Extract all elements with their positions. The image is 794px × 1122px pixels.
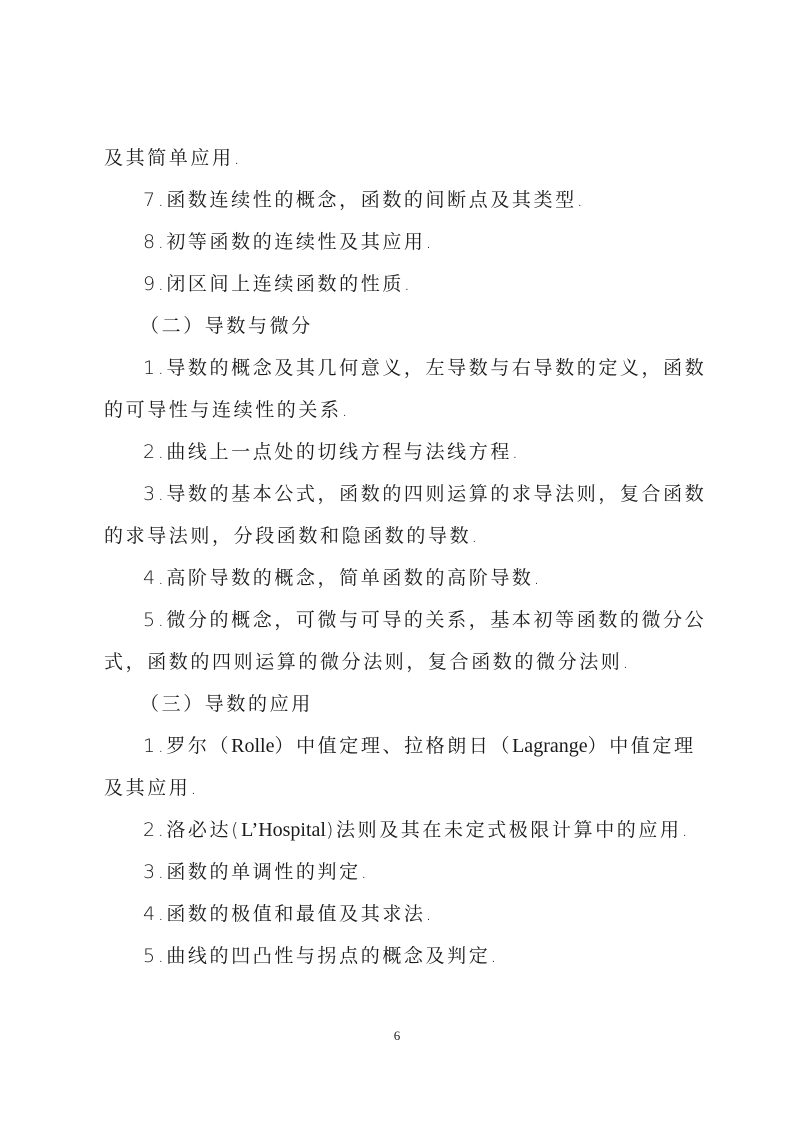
latin-term-rolle: Rolle (231, 735, 274, 757)
list-item-4-extrema: 4.函数的极值和最值及其求法. (143, 902, 743, 926)
list-item-5-continuation: 式，函数的四则运算的微分法则，复合函数的微分法则. (104, 650, 704, 674)
list-item-1-derivative-concept: 1.导数的概念及其几何意义，左导数与右导数的定义，函数 (143, 356, 743, 380)
list-item-3-continuation: 的求导法则，分段函数和隐函数的导数. (104, 524, 704, 548)
section-heading-derivatives-differentials: （二）导数与微分 (140, 314, 740, 338)
text-segment: ）中值定理、拉格朗日（ (274, 735, 512, 757)
list-item-4-higher-order: 4.高阶导数的概念，简单函数的高阶导数. (143, 566, 743, 590)
list-item-9-closed-interval: 9.闭区间上连续函数的性质. (143, 272, 743, 296)
section-heading-applications: （三）导数的应用 (140, 692, 740, 716)
page-number: 6 (0, 1028, 794, 1044)
text-segment: )法则及其在未定式极限计算中的应用. (326, 819, 690, 841)
text-segment: 2.洛必达( (143, 819, 241, 841)
list-item-7-continuity: 7.函数连续性的概念，函数的间断点及其类型. (143, 188, 743, 212)
list-item-3-basic-formulas: 3.导数的基本公式，函数的四则运算的求导法则，复合函数 (143, 482, 743, 506)
document-page: 及其简单应用. 7.函数连续性的概念，函数的间断点及其类型. 8.初等函数的连续… (0, 0, 794, 1122)
text-segment: ）中值定理 (588, 735, 696, 757)
list-item-8-elementary-functions: 8.初等函数的连续性及其应用. (143, 230, 743, 254)
list-item-1-continuation: 及其应用. (104, 776, 704, 800)
text-line-continuation: 及其简单应用. (104, 146, 704, 170)
list-item-5-concavity: 5.曲线的凹凸性与拐点的概念及判定. (143, 944, 743, 968)
list-item-1-mean-value-theorems: 1.罗尔（Rolle）中值定理、拉格朗日（Lagrange）中值定理 (143, 734, 743, 758)
latin-term-lagrange: Lagrange (512, 735, 588, 757)
list-item-2-lhospital: 2.洛必达(L’Hospital)法则及其在未定式极限计算中的应用. (143, 818, 743, 842)
list-item-1-continuation: 的可导性与连续性的关系. (104, 398, 704, 422)
list-item-2-tangent-normal: 2.曲线上一点处的切线方程与法线方程. (143, 440, 743, 464)
list-item-5-differential: 5.微分的概念，可微与可导的关系，基本初等函数的微分公 (143, 608, 743, 632)
text-segment: 1.罗尔（ (143, 735, 231, 757)
list-item-3-monotonicity: 3.函数的单调性的判定. (143, 860, 743, 884)
latin-term-lhospital: L’Hospital (241, 819, 326, 841)
